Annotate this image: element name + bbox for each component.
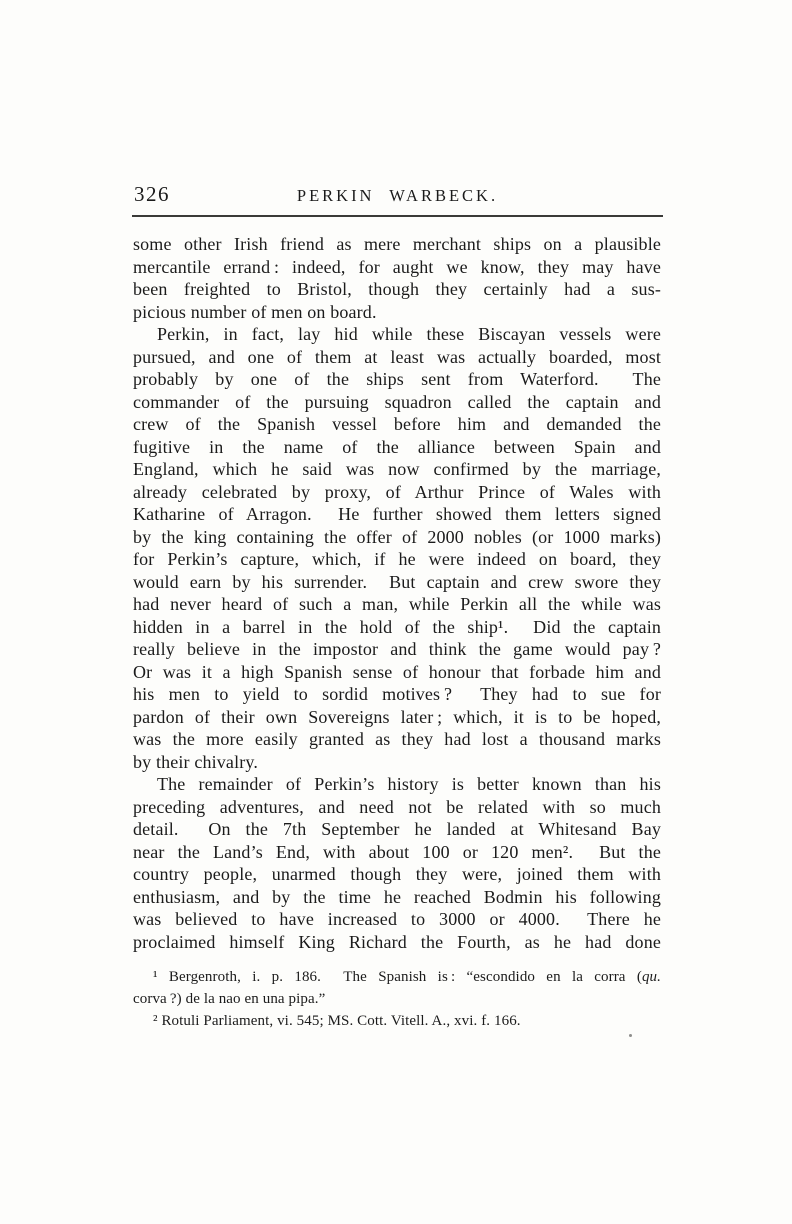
text-line: mercantile errand : indeed, for aught we… (133, 256, 661, 279)
body-text: some other Irish friend as mere merchant… (133, 233, 661, 953)
text-line: fugitive in the name of the alliance bet… (133, 436, 661, 459)
text-line: enthusiasm, and by the time he reached B… (133, 886, 661, 909)
text-line: been freighted to Bristol, though they c… (133, 278, 661, 301)
text-line: detail. On the 7th September he landed a… (133, 818, 661, 841)
paragraph: Perkin, in fact, lay hid while these Bis… (133, 323, 661, 773)
footnote-line: ¹ Bergenroth, i. p. 186. The Spanish is … (133, 966, 661, 988)
text-line: already celebrated by proxy, of Arthur P… (133, 481, 661, 504)
text-line: Or was it a high Spanish sense of honour… (133, 661, 661, 684)
text-line: Perkin, in fact, lay hid while these Bis… (133, 323, 661, 346)
footnote-line: corva ?) de la nao en una pipa.” (133, 988, 661, 1010)
text-line: by their chivalry. (133, 751, 661, 774)
text-line: pursued, and one of them at least was ac… (133, 346, 661, 369)
text-line: some other Irish friend as mere merchant… (133, 233, 661, 256)
footnote-line: ² Rotuli Parliament, vi. 545; MS. Cott. … (133, 1010, 661, 1032)
text-line: near the Land’s End, with about 100 or 1… (133, 841, 661, 864)
text-line: was the more easily granted as they had … (133, 728, 661, 751)
text-line: his men to yield to sordid motives ? The… (133, 683, 661, 706)
text-line: pardon of their own Sovereigns later ; w… (133, 706, 661, 729)
text-line: country people, unarmed though they were… (133, 863, 661, 886)
text-line: picious number of men on board. (133, 301, 661, 324)
text-line: had never heard of such a man, while Per… (133, 593, 661, 616)
text-line: by the king containing the offer of 2000… (133, 526, 661, 549)
text-line: was believed to have increased to 3000 o… (133, 908, 661, 931)
paragraph: The remainder of Perkin’s history is bet… (133, 773, 661, 953)
text-line: proclaimed himself King Richard the Four… (133, 931, 661, 954)
book-page: 326 PERKIN WARBECK. some other Irish fri… (0, 0, 792, 1224)
text-line: Katharine of Arragon. He further showed … (133, 503, 661, 526)
text-line: commander of the pursuing squadron calle… (133, 391, 661, 414)
running-title: PERKIN WARBECK. (133, 186, 662, 206)
text-line: would earn by his surrender. But captain… (133, 571, 661, 594)
text-line: crew of the Spanish vessel before him an… (133, 413, 661, 436)
text-line: England, which he said was now confirmed… (133, 458, 661, 481)
running-header: 326 PERKIN WARBECK. (133, 182, 662, 208)
text-line: probably by one of the ships sent from W… (133, 368, 661, 391)
paragraph: some other Irish friend as mere merchant… (133, 233, 661, 323)
text-line: hidden in a barrel in the hold of the sh… (133, 616, 661, 639)
footnotes: ¹ Bergenroth, i. p. 186. The Spanish is … (133, 966, 661, 1032)
text-line: The remainder of Perkin’s history is bet… (133, 773, 661, 796)
scan-speck (629, 1034, 632, 1037)
text-line: for Perkin’s capture, which, if he were … (133, 548, 661, 571)
text-line: preceding adventures, and need not be re… (133, 796, 661, 819)
header-rule (132, 215, 663, 217)
text-line: really believe in the impostor and think… (133, 638, 661, 661)
